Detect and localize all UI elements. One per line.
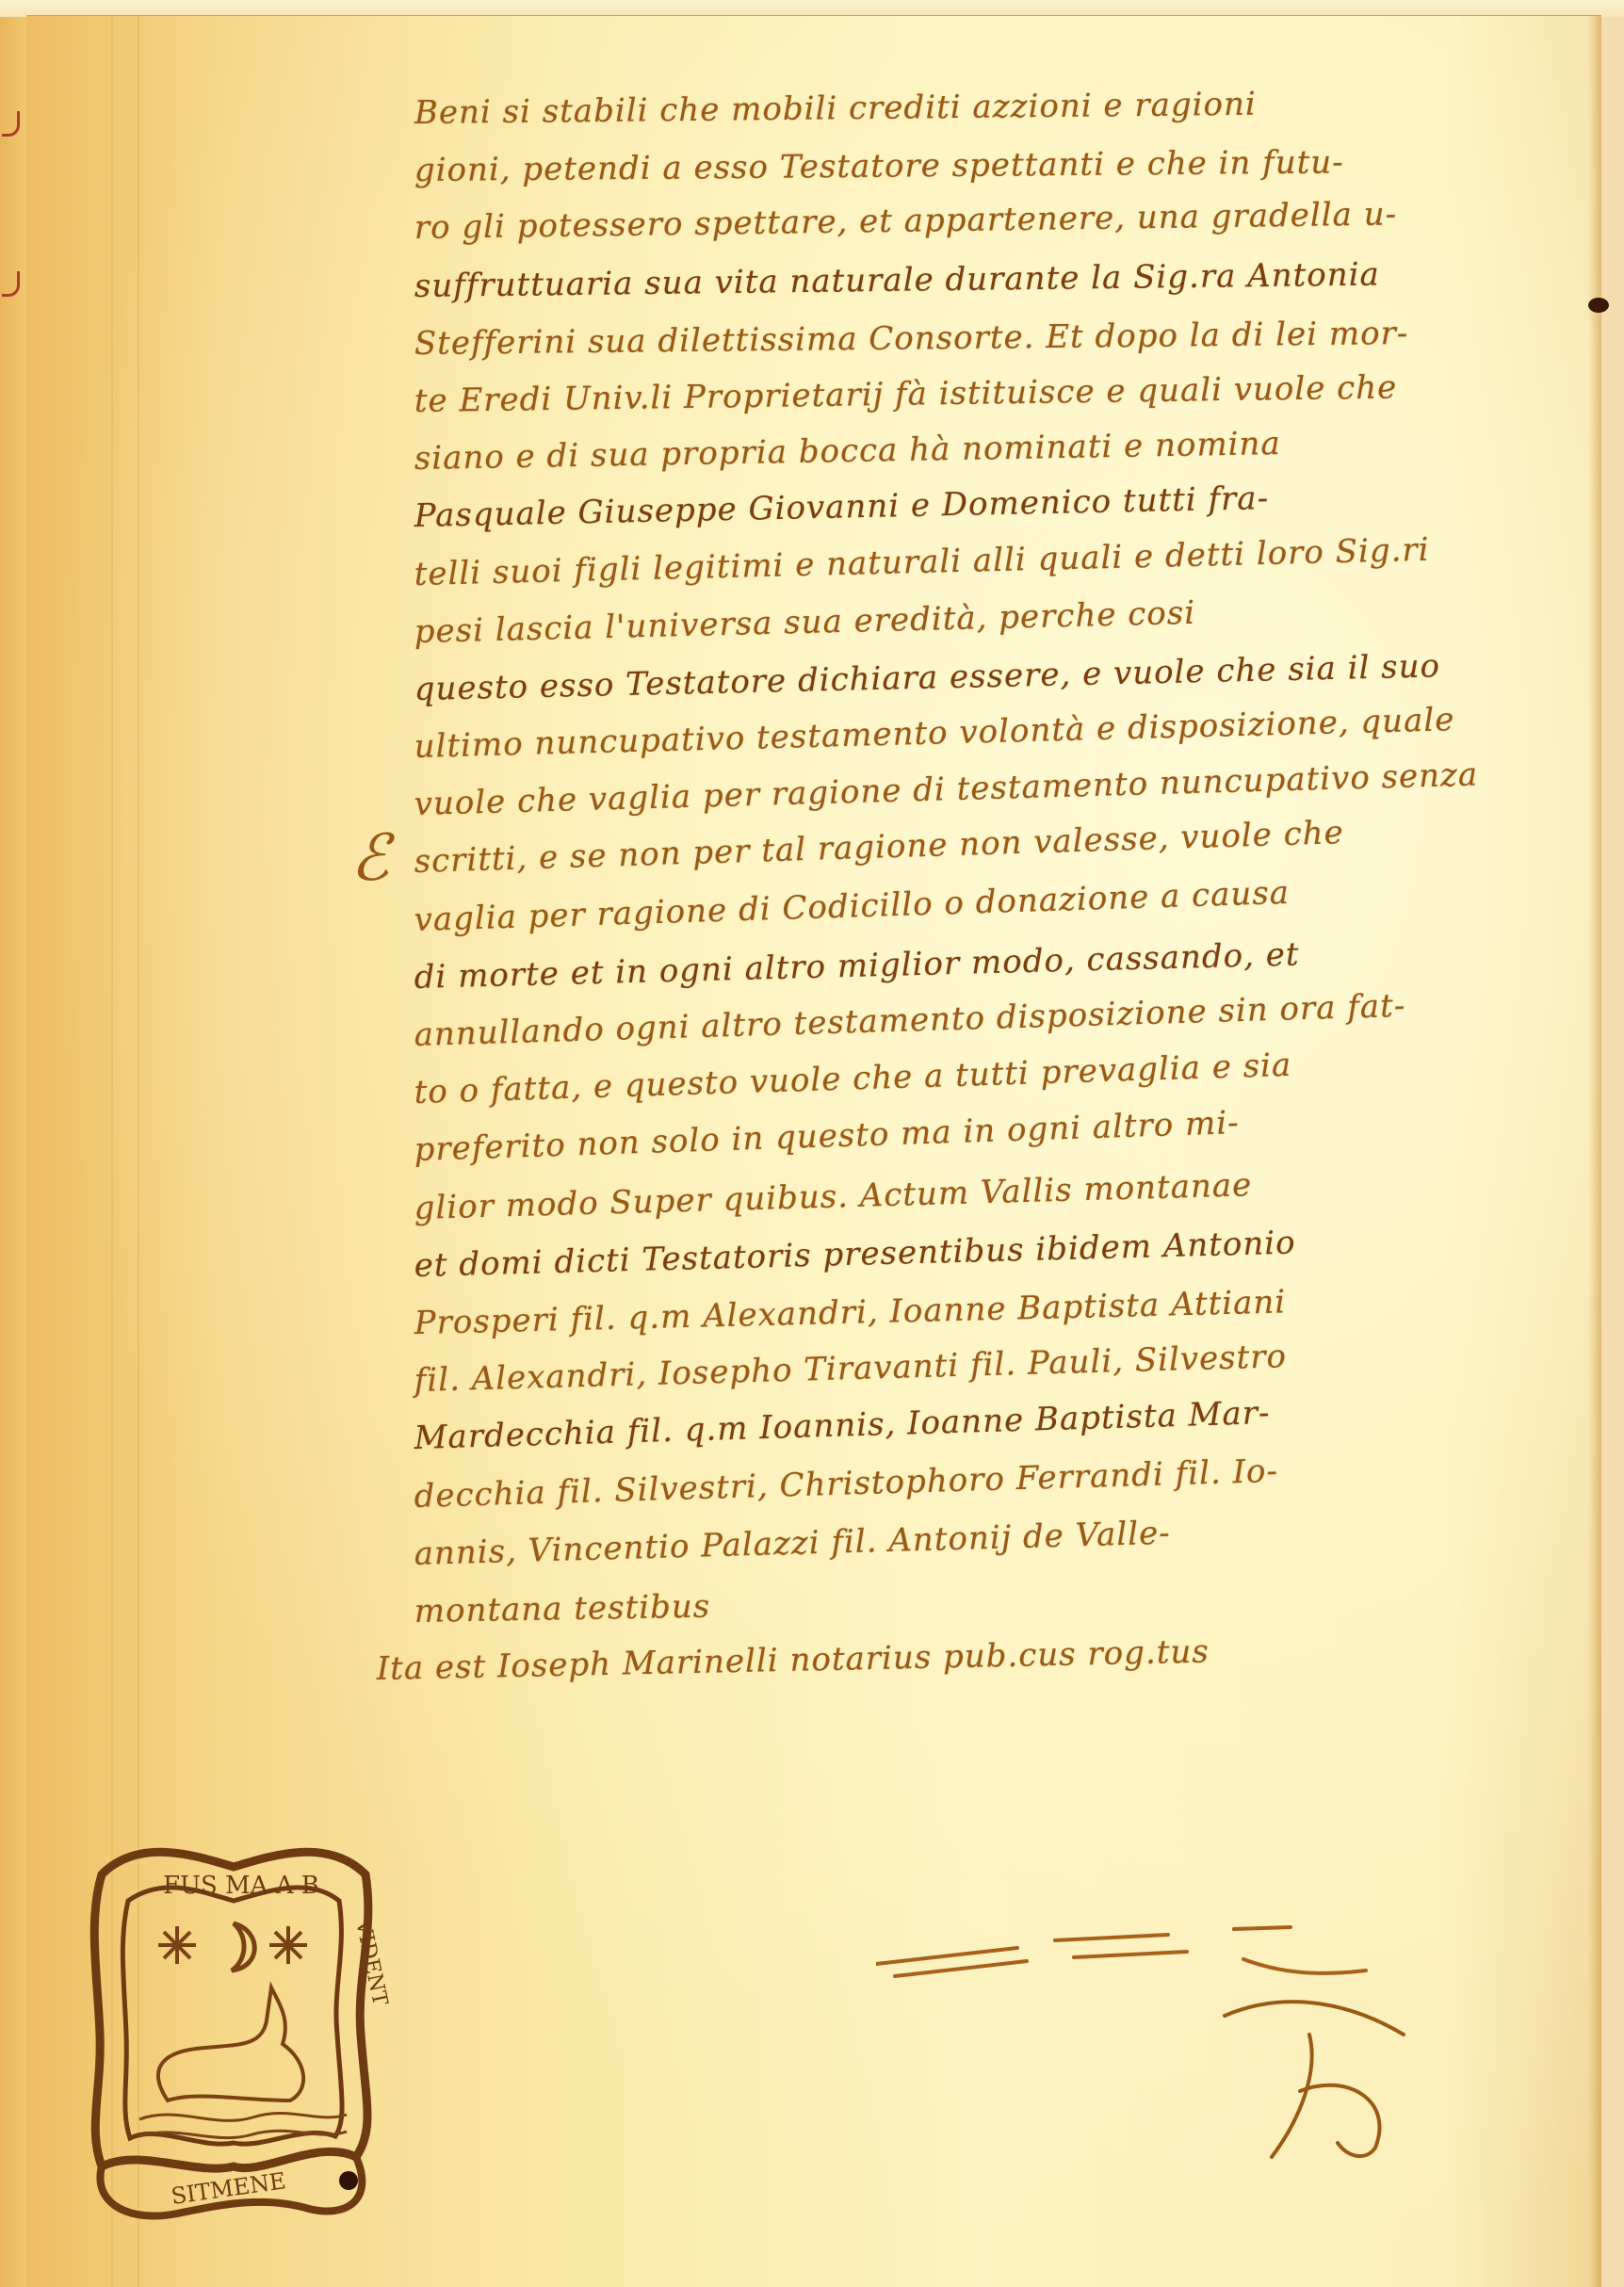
- signature-flourish: [1215, 1978, 1460, 2166]
- seal-legend-right: VIDENT: [350, 1917, 392, 2008]
- facing-page-edge: [0, 17, 28, 2287]
- ink-blot: [1588, 298, 1609, 313]
- seal-crescent-icon: [232, 1923, 254, 1971]
- seal-animal-figure: [158, 1987, 303, 2100]
- marginal-note: ℰ: [350, 821, 389, 896]
- seal-ink-blot: [339, 2171, 358, 2190]
- seal-legend-top: FUS MA A B: [163, 1872, 319, 1900]
- text-line: Beni si stabili che mobili crediti azzio…: [414, 82, 1612, 152]
- seal-star-icon: [158, 1926, 196, 1964]
- manuscript-text: Beni si stabili che mobili crediti azzio…: [414, 94, 1611, 1708]
- seal-star-icon: [269, 1926, 307, 1964]
- facing-page-ink-mark: [2, 271, 20, 297]
- filler-dashes: [876, 1903, 1460, 1987]
- notary-seal-stamp: FUS MA A B VIDENT SITMENE: [73, 1818, 394, 2232]
- facing-page-ink-mark: [2, 111, 20, 137]
